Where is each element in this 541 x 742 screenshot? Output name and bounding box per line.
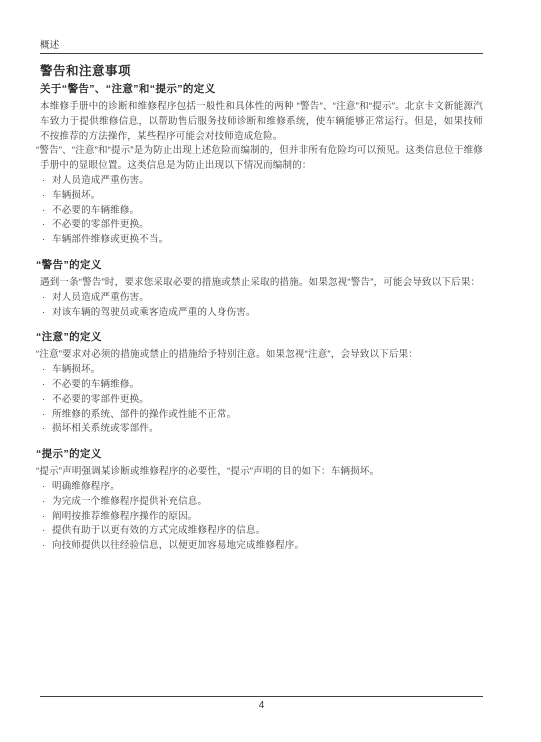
bullet-dot: · (42, 233, 52, 248)
page-footer: 4 (40, 696, 483, 712)
bullet-dot: · (42, 524, 52, 539)
bullet-dot: · (42, 480, 52, 495)
bullet-dot: · (42, 218, 52, 233)
page-number: 4 (40, 699, 483, 712)
intro-paragraph: “警告”、“注意”和“提示”是为防止出现上述危险而编制的，但并非所有危险均可以预… (40, 144, 483, 174)
section-warning-definition: “警告”的定义 遇到一条“警告”时，要求您采取必要的措施或禁止采取的措施。如果忽… (40, 258, 483, 320)
list-item: ·为完成一个维修程序提供补充信息。 (40, 495, 483, 510)
footer-rule (40, 696, 483, 697)
bullet-dot: · (42, 174, 52, 189)
list-item: ·损坏相关系统或零部件。 (40, 422, 483, 437)
list-item: ·对该车辆的驾驶员或乘客造成严重的人身伤害。 (40, 306, 483, 321)
list-item: ·不必要的车辆维修。 (40, 204, 483, 219)
header-rule (40, 53, 483, 54)
list-item-text: 明确维修程序。 (52, 480, 120, 495)
list-item-text: 不必要的零部件更换。 (52, 393, 149, 408)
bullet-dot: · (42, 393, 52, 408)
list-item: ·车辆损坏。 (40, 363, 483, 378)
bullet-dot: · (42, 495, 52, 510)
list-item: ·阐明按推荐维修程序操作的原因。 (40, 510, 483, 525)
definitions-subtitle: 关于“警告”、“注意”和“提示”的定义 (40, 82, 483, 96)
section-heading: “提示”的定义 (36, 447, 483, 461)
list-item: ·车辆部件维修或更换不当。 (40, 233, 483, 248)
list-item-text: 不必要的零部件更换。 (52, 218, 149, 233)
running-head: 概述 (40, 40, 483, 52)
list-item-text: 对人员造成严重伤害。 (52, 174, 149, 189)
bullet-dot: · (42, 291, 52, 306)
intro-bullet-list: ·对人员造成严重伤害。 ·车辆损坏。 ·不必要的车辆维修。 ·不必要的零部件更换… (40, 174, 483, 248)
list-item: ·向技师提供以往经验信息，以便更加容易地完成维修程序。 (40, 539, 483, 554)
list-item: ·提供有助于以更有效的方式完成维修程序的信息。 (40, 524, 483, 539)
bullet-dot: · (42, 408, 52, 423)
list-item-text: 向技师提供以往经验信息，以便更加容易地完成维修程序。 (52, 539, 304, 554)
note-bullet-list: ·明确维修程序。 ·为完成一个维修程序提供补充信息。 ·阐明按推荐维修程序操作的… (40, 480, 483, 554)
list-item-text: 不必要的车辆维修。 (52, 204, 139, 219)
section-paragraph: “提示”声明强调某诊断或维修程序的必要性，“提示”声明的目的如下：车辆损坏。 (40, 465, 483, 480)
bullet-dot: · (42, 422, 52, 437)
page-title: 警告和注意事项 (40, 63, 483, 79)
list-item-text: 对人员造成严重伤害。 (52, 291, 149, 306)
bullet-dot: · (42, 539, 52, 554)
page-content: 概述 警告和注意事项 关于“警告”、“注意”和“提示”的定义 本维修手册中的诊断… (40, 40, 483, 554)
bullet-dot: · (42, 189, 52, 204)
section-caution-definition: “注意”的定义 “注意”要求对必须的措施或禁止的措施给予特别注意。如果忽视“注意… (40, 330, 483, 437)
section-heading: “警告”的定义 (36, 258, 483, 272)
bullet-dot: · (42, 204, 52, 219)
list-item-text: 所维修的系统、部件的操作或性能不正常。 (52, 408, 236, 423)
section-note-definition: “提示”的定义 “提示”声明强调某诊断或维修程序的必要性，“提示”声明的目的如下… (40, 447, 483, 554)
warning-bullet-list: ·对人员造成严重伤害。 ·对该车辆的驾驶员或乘客造成严重的人身伤害。 (40, 291, 483, 321)
intro-block: 本维修手册中的诊断和维修程序包括一般性和具体性的两种 “警告”、“注意”和“提示… (40, 100, 483, 248)
bullet-dot: · (42, 363, 52, 378)
caution-bullet-list: ·车辆损坏。 ·不必要的车辆维修。 ·不必要的零部件更换。 ·所维修的系统、部件… (40, 363, 483, 437)
bullet-dot: · (42, 510, 52, 525)
manual-page: 概述 警告和注意事项 关于“警告”、“注意”和“提示”的定义 本维修手册中的诊断… (0, 0, 541, 742)
list-item-text: 车辆损坏。 (52, 363, 101, 378)
list-item-text: 车辆损坏。 (52, 189, 101, 204)
bullet-dot: · (42, 378, 52, 393)
intro-paragraph: 本维修手册中的诊断和维修程序包括一般性和具体性的两种 “警告”、“注意”和“提示… (40, 100, 483, 144)
list-item: ·所维修的系统、部件的操作或性能不正常。 (40, 408, 483, 423)
list-item: ·对人员造成严重伤害。 (40, 174, 483, 189)
list-item: ·不必要的零部件更换。 (40, 393, 483, 408)
list-item-text: 不必要的车辆维修。 (52, 378, 139, 393)
list-item-text: 阐明按推荐维修程序操作的原因。 (52, 510, 198, 525)
list-item: ·不必要的零部件更换。 (40, 218, 483, 233)
list-item: ·车辆损坏。 (40, 189, 483, 204)
bullet-dot: · (42, 306, 52, 321)
list-item-text: 车辆部件维修或更换不当。 (52, 233, 168, 248)
section-heading: “注意”的定义 (36, 330, 483, 344)
list-item: ·明确维修程序。 (40, 480, 483, 495)
list-item-text: 对该车辆的驾驶员或乘客造成严重的人身伤害。 (52, 306, 256, 321)
list-item: ·对人员造成严重伤害。 (40, 291, 483, 306)
list-item-text: 损坏相关系统或零部件。 (52, 422, 159, 437)
list-item-text: 提供有助于以更有效的方式完成维修程序的信息。 (52, 524, 265, 539)
list-item-text: 为完成一个维修程序提供补充信息。 (52, 495, 207, 510)
section-paragraph: “注意”要求对必须的措施或禁止的措施给予特别注意。如果忽视“注意”，会导致以下后… (40, 348, 483, 363)
list-item: ·不必要的车辆维修。 (40, 378, 483, 393)
section-paragraph: 遇到一条“警告”时，要求您采取必要的措施或禁止采取的措施。如果忽视“警告”，可能… (40, 276, 483, 291)
